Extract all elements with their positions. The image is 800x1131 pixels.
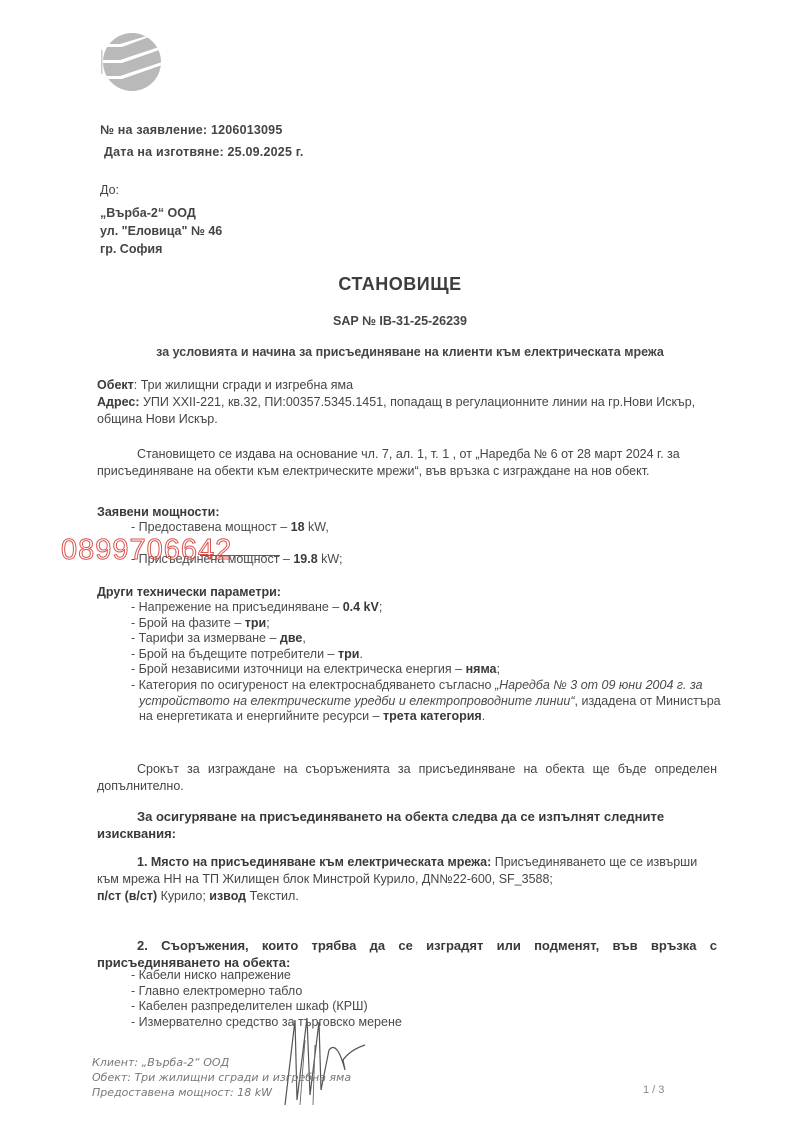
footer-power: Предоставена мощност: 18 kW <box>92 1085 351 1100</box>
application-number-value: 1206013095 <box>211 123 283 137</box>
application-number: № на заявление: 1206013095 <box>100 123 283 137</box>
document-subtitle: за условията и начина за присъединяване … <box>0 345 800 359</box>
company-logo-icon <box>98 30 162 94</box>
recipient-street: ул. "Еловица" № 46 <box>100 222 222 240</box>
powers-heading: Заявени мощности: <box>97 504 717 521</box>
point-1-connection-place: 1. Място на присъединяване към електриче… <box>97 854 717 905</box>
phone-watermark: 0899706642 <box>61 534 232 567</box>
tech-item-voltage: - Напрежение на присъединяване – 0.4 kV; <box>131 600 721 616</box>
page-number: 1 / 3 <box>643 1084 664 1096</box>
tech-heading: Други технически параметри: <box>97 584 717 601</box>
facility-item: - Главно електромерно табло <box>131 984 721 1000</box>
deadline-paragraph: Срокът за изграждане на съоръженията за … <box>97 761 717 795</box>
tech-item-consumers: - Брой на бъдещите потребители – три. <box>131 647 721 663</box>
issue-date-value: 25.09.2025 г. <box>228 145 304 159</box>
footer-object: Обект: Три жилищни сгради и изгребна яма <box>92 1070 351 1085</box>
tech-item-category: - Категория по осигуреност на електросна… <box>131 678 721 725</box>
recipient-address: „Върба-2“ ООД ул. "Еловица" № 46 гр. Соф… <box>100 204 222 258</box>
facilities-list: - Кабели ниско напрежение - Главно елект… <box>131 968 721 1030</box>
address-value: УПИ XXII-221, кв.32, ПИ:00357.5345.1451,… <box>97 395 695 426</box>
tech-item-sources: - Брой независими източници на електриче… <box>131 662 721 678</box>
point-1-heading: 1. Място на присъединяване към електриче… <box>137 855 491 869</box>
object-value: : Три жилищни сгради и изгребна яма <box>134 378 353 392</box>
tech-item-tariffs: - Тарифи за измерване – две, <box>131 631 721 647</box>
facility-item: - Кабели ниско напрежение <box>131 968 721 984</box>
recipient-to-label: До: <box>100 181 119 199</box>
object-info: Обект: Три жилищни сгради и изгребна яма… <box>97 377 717 428</box>
application-number-label: № на заявление: <box>100 123 207 137</box>
point-2-heading: 2. Съоръжения, които трябва да се изград… <box>97 937 717 971</box>
sap-number: SAP № IB-31-25-26239 <box>0 314 800 328</box>
footer-summary: Клиент: „Върба-2“ ООД Обект: Три жилищни… <box>92 1055 351 1100</box>
object-label: Обект <box>97 378 134 392</box>
issue-date: Дата на изготвяне: 25.09.2025 г. <box>104 145 304 159</box>
address-label: Адрес: <box>97 395 140 409</box>
facility-item: - Измервателно средство за търговско мер… <box>131 1015 721 1031</box>
document-title: СТАНОВИЩЕ <box>0 274 800 295</box>
facility-item: - Кабелен разпределителен шкаф (КРШ) <box>131 999 721 1015</box>
recipient-city: гр. София <box>100 240 222 258</box>
requirements-heading: За осигуряване на присъединяването на об… <box>97 808 717 842</box>
issue-date-label: Дата на изготвяне: <box>104 145 224 159</box>
tech-item-phases: - Брой на фазите – три; <box>131 616 721 632</box>
footer-client: Клиент: „Върба-2“ ООД <box>92 1055 351 1070</box>
recipient-company: „Върба-2“ ООД <box>100 204 222 222</box>
tech-parameters-list: - Напрежение на присъединяване – 0.4 kV;… <box>131 600 721 725</box>
basis-paragraph: Становището се издава на основание чл. 7… <box>97 446 717 480</box>
